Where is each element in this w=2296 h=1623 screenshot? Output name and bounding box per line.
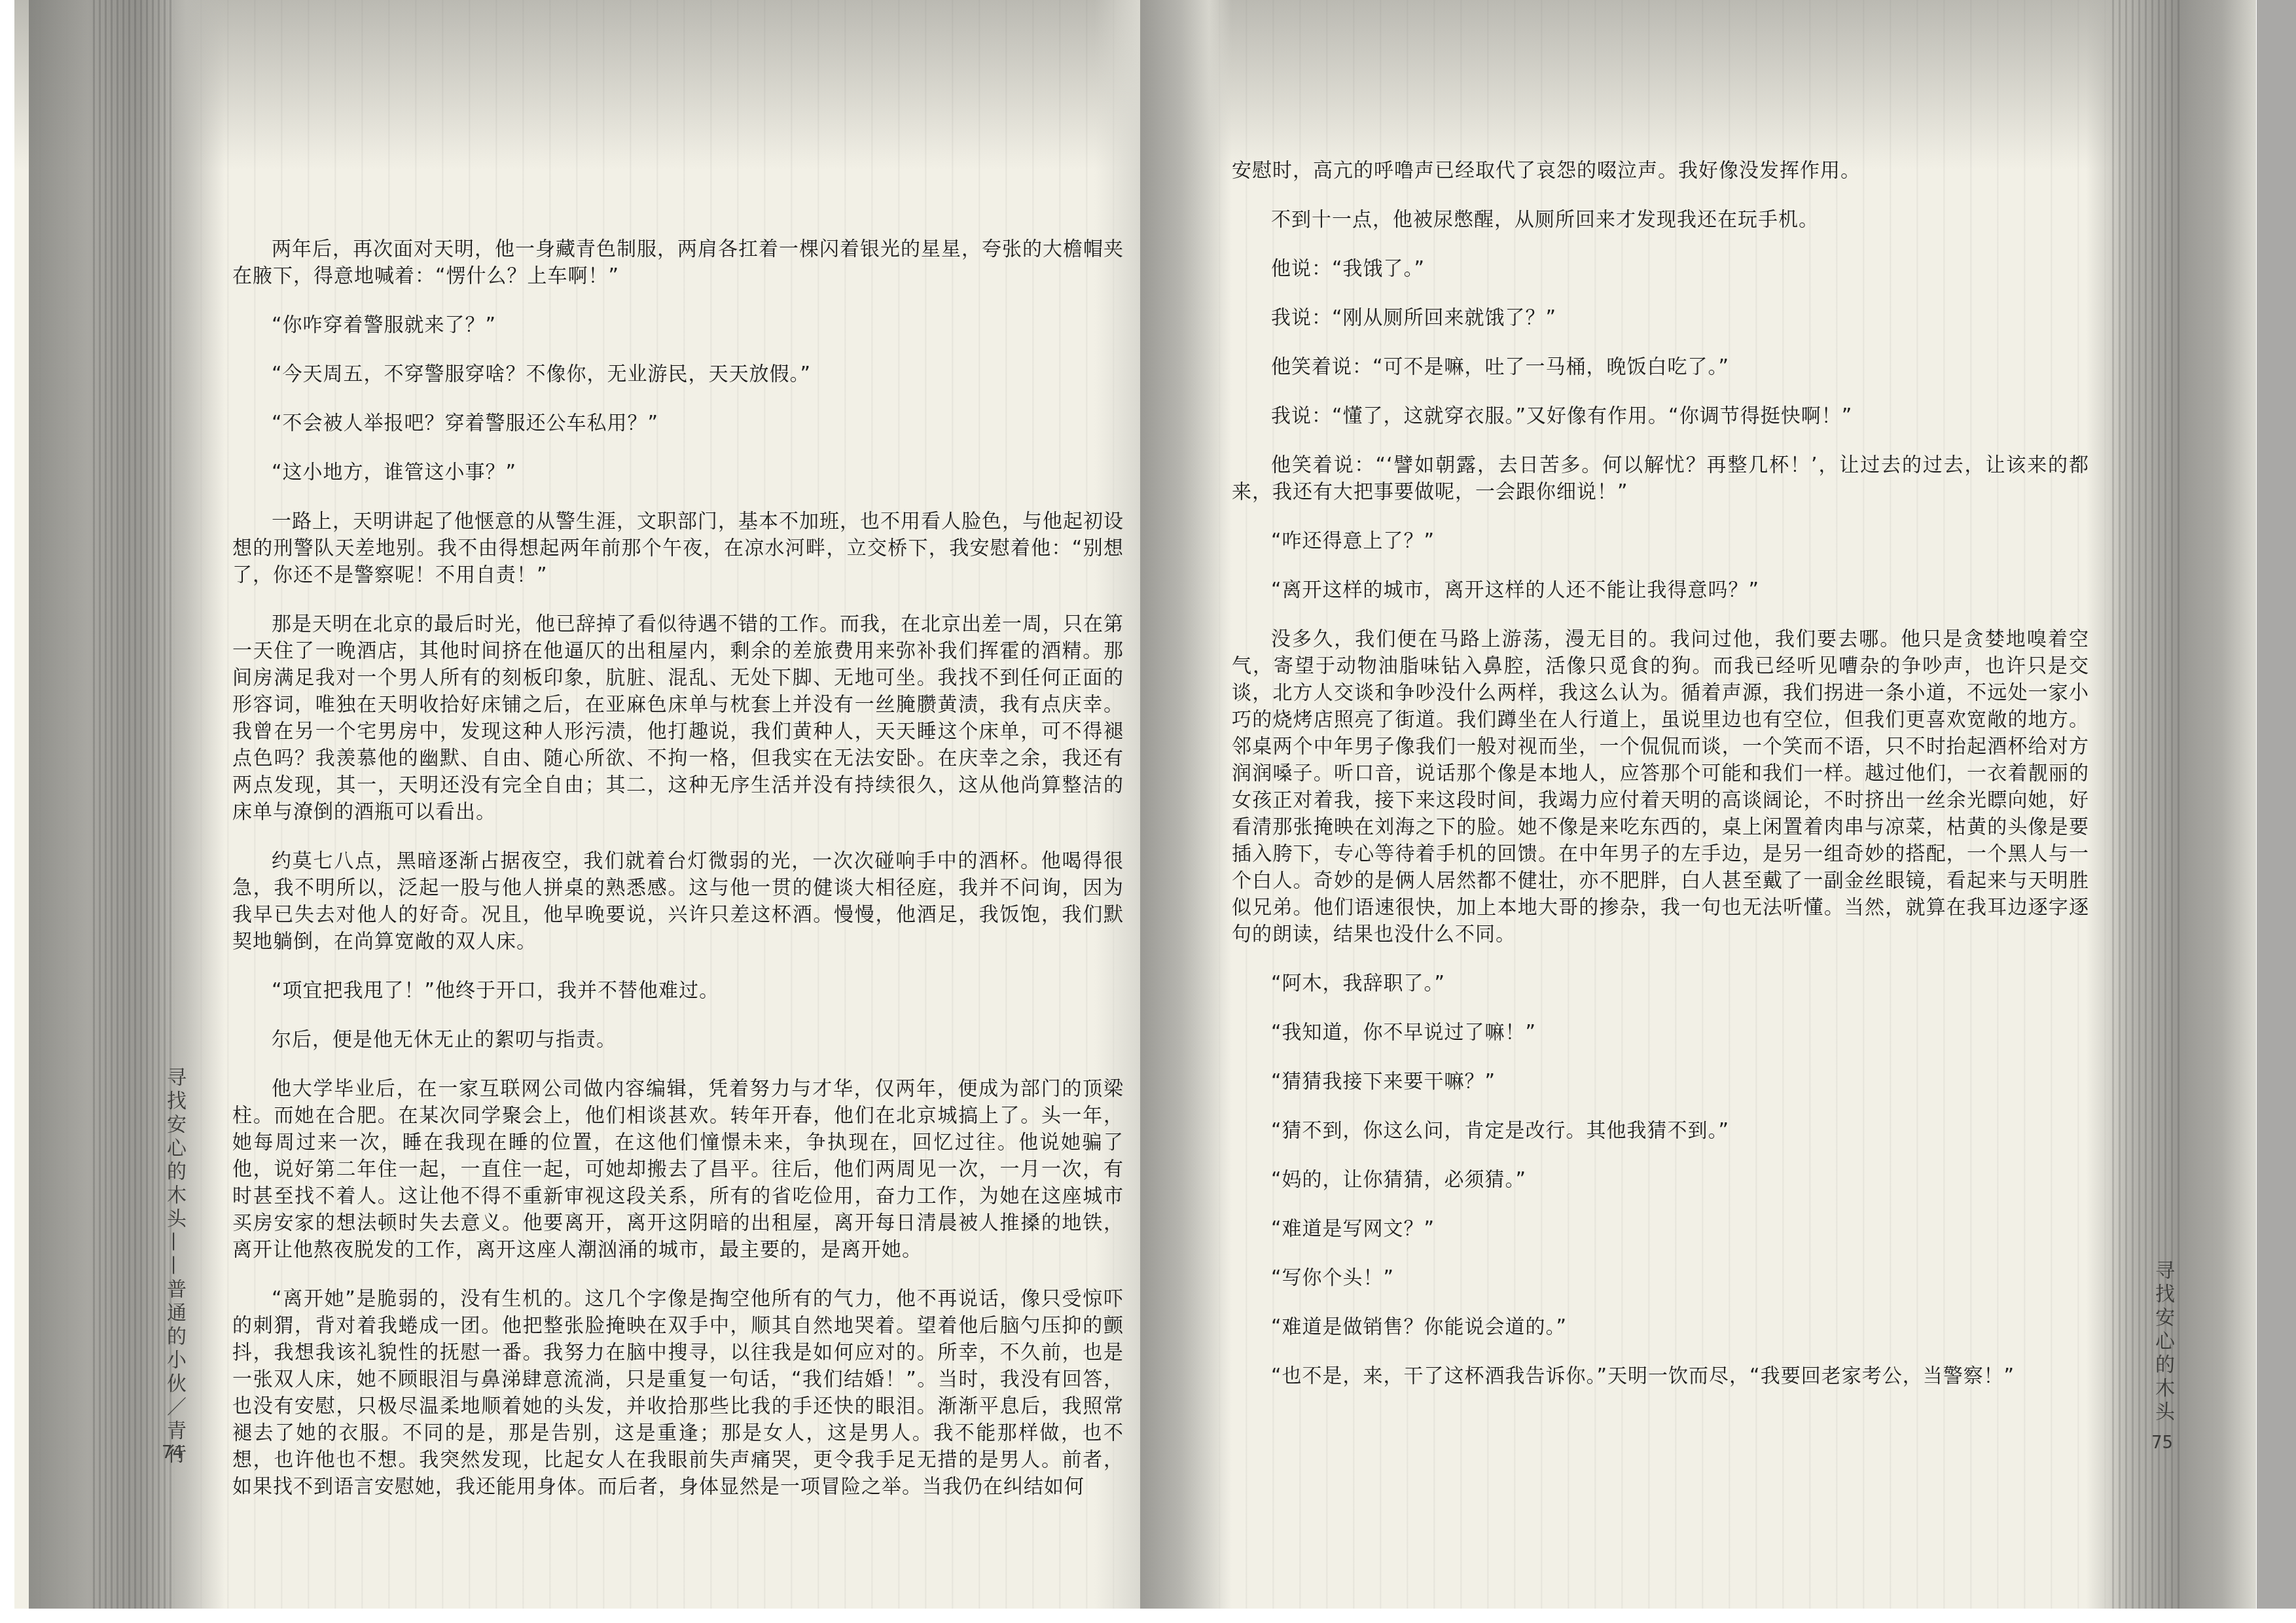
scan-shadow [14, 0, 1140, 170]
paragraph: “也不是，来，干了这杯酒我告诉你。”天明一饮而尽，“我要回老家考公，当警察！” [1232, 1363, 2089, 1389]
paragraph: 两年后，再次面对天明，他一身藏青色制服，两肩各扛着一棵闪着银光的星星，夸张的大檐… [232, 236, 1124, 289]
right-page: 安慰时，高亢的呼噜声已经取代了哀怨的啜泣声。我好像没发挥作用。 不到十一点，他被… [1140, 0, 2256, 1609]
paragraph: “写你个头！” [1232, 1264, 2089, 1291]
paragraph: “项宜把我甩了！”他终于开口，我并不替他难过。 [232, 977, 1124, 1004]
paragraph: 尔后，便是他无休无止的絮叨与指责。 [232, 1026, 1124, 1053]
paragraph: 他笑着说：“可不是嘛，吐了一马桶，晚饭白吃了。” [1232, 353, 2089, 380]
paragraph: 一路上，天明讲起了他惬意的从警生涯，文职部门，基本不加班，也不用看人脸色，与他起… [232, 508, 1124, 588]
paragraph: 我说：“懂了，这就穿衣服。”又好像有作用。“你调节得挺快啊！” [1232, 402, 2089, 429]
paragraph: “你咋穿着警服就来了？” [232, 312, 1124, 338]
paragraph: 他大学毕业后，在一家互联网公司做内容编辑，凭着努力与才华，仅两年，便成为部门的顶… [232, 1075, 1124, 1263]
paragraph: 不到十一点，他被尿憋醒，从厕所回来才发现我还在玩手机。 [1232, 206, 2089, 233]
body-text: 两年后，再次面对天明，他一身藏青色制服，两肩各扛着一棵闪着银光的星星，夸张的大檐… [232, 236, 1124, 1522]
paragraph: 他笑着说：“‘譬如朝露，去日苦多。何以解忧？再整几杯！’，让过去的过去，让该来的… [1232, 452, 2089, 505]
gutter-shading [1140, 0, 1232, 1609]
paragraph: “猜猜我接下来要干嘛？” [1232, 1068, 2089, 1095]
scanner-background [2257, 0, 2296, 1609]
paragraph-continuation: 安慰时，高亢的呼噜声已经取代了哀怨的啜泣声。我好像没发挥作用。 [1232, 157, 2089, 184]
paragraph: 他说：“我饿了。” [1232, 255, 2089, 282]
paragraph: “离开她”是脆弱的，没有生机的。这几个字像是掏空他所有的气力，他不再说话，像只受… [232, 1285, 1124, 1500]
paragraph: 那是天明在北京的最后时光，他已辞掉了看似待遇不错的工作。而我，在北京出差一周，只… [232, 611, 1124, 825]
body-text: 安慰时，高亢的呼噜声已经取代了哀怨的啜泣声。我好像没发挥作用。 不到十一点，他被… [1232, 157, 2089, 1412]
left-page: 两年后，再次面对天明，他一身藏青色制服，两肩各扛着一棵闪着银光的星星，夸张的大檐… [14, 0, 1140, 1609]
scan-shading [29, 0, 225, 1609]
paragraph: “难道是做销售？你能说会道的。” [1232, 1313, 2089, 1340]
paragraph: “不会被人举报吧？穿着警服还公车私用？” [232, 410, 1124, 437]
paragraph: “阿木，我辞职了。” [1232, 970, 2089, 997]
page-number: 74 [162, 1443, 183, 1463]
scan-shadow [1140, 0, 2256, 170]
running-head: 寻找安心的木头 [2148, 1260, 2177, 1425]
page-number: 75 [2151, 1433, 2173, 1453]
paragraph: 没多久，我们便在马路上游荡，漫无目的。我问过他，我们要去哪。他只是贪婪地嗅着空气… [1232, 626, 2089, 948]
paragraph: “离开这样的城市，离开这样的人还不能让我得意吗？” [1232, 577, 2089, 603]
paragraph: “这小地方，谁管这小事？” [232, 459, 1124, 486]
book-spread: 两年后，再次面对天明，他一身藏青色制服，两肩各扛着一棵闪着银光的星星，夸张的大檐… [14, 0, 2256, 1609]
paragraph: “妈的，让你猜猜，必须猜。” [1232, 1166, 2089, 1193]
paragraph: 约莫七八点，黑暗逐渐占据夜空，我们就着台灯微弱的光，一次次碰响手中的酒杯。他喝得… [232, 847, 1124, 955]
paragraph: “我知道，你不早说过了嘛！” [1232, 1019, 2089, 1046]
paragraph: “猜不到，你这么问，肯定是改行。其他我猜不到。” [1232, 1117, 2089, 1144]
paragraph: “咋还得意上了？” [1232, 527, 2089, 554]
paragraph: 我说：“刚从厕所回来就饿了？” [1232, 304, 2089, 331]
running-head: 寻找安心的木头——普通的小伙／青行 [160, 1067, 188, 1467]
paragraph: “今天周五，不穿警服穿啥？不像你，无业游民，天天放假。” [232, 361, 1124, 387]
paragraph: “难道是写网文？” [1232, 1215, 2089, 1242]
